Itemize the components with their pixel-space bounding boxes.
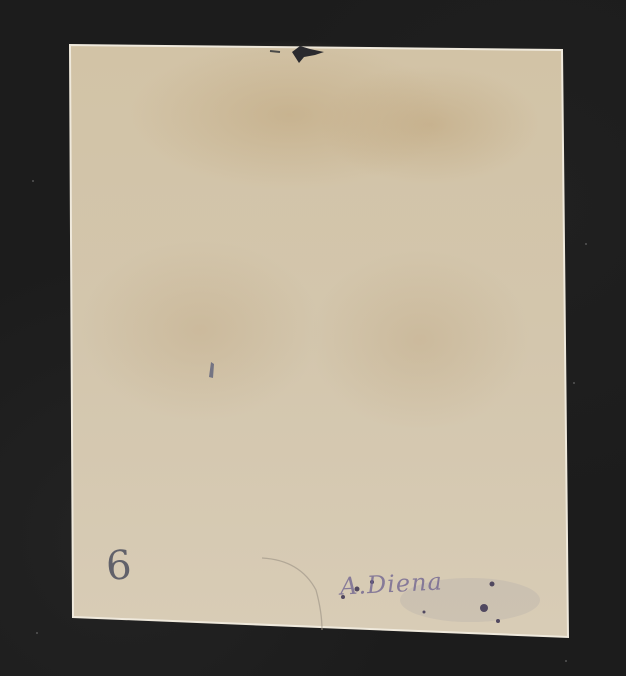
- pencil-numeral: 6: [105, 545, 133, 587]
- stamp-paper: [0, 0, 626, 676]
- stamp-back: 6 A.Diena: [0, 0, 626, 676]
- expertizing-signature: A.Diena: [339, 567, 443, 600]
